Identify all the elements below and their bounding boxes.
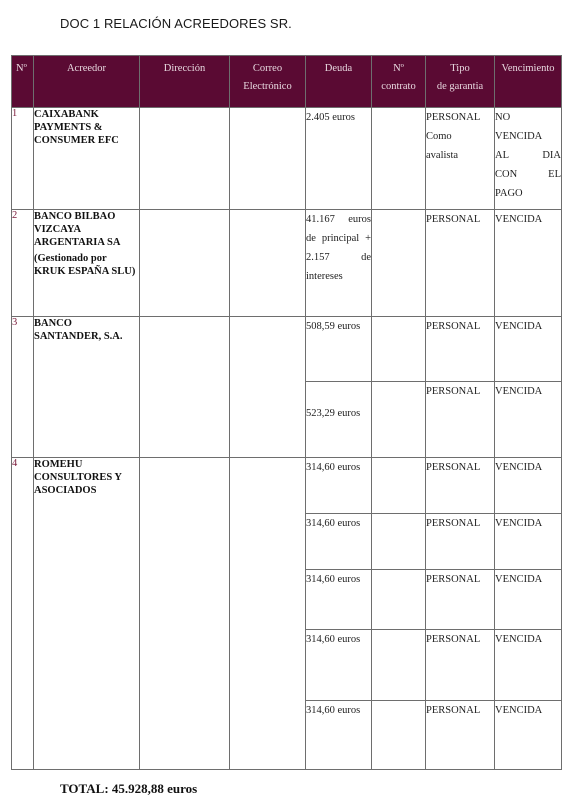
deuda-cell: 2.405 euros (306, 108, 372, 210)
deuda-cell: 314,60 euros (306, 701, 372, 770)
row-number: 4 (12, 458, 34, 770)
header-correo: CorreoElectrónico (230, 56, 306, 108)
garantia-cell: PERSONAL (426, 382, 495, 458)
deuda-cell: 508,59 euros (306, 317, 372, 382)
garantia-cell: PERSONAL (426, 514, 495, 570)
deuda-cell: 314,60 euros (306, 458, 372, 514)
vencimiento-cell: VENCIDA (495, 458, 562, 514)
direccion-cell (140, 108, 230, 210)
creditor-name: BANCO BILBAO VIZCAYA ARGENTARIA SA (34, 211, 120, 248)
row-number: 2 (12, 210, 34, 317)
direccion-cell (140, 317, 230, 458)
creditor-name-cell: BANCO SANTANDER, S.A. (34, 317, 140, 458)
garantia-cell: PERSONAL (426, 458, 495, 514)
contrato-cell (372, 108, 426, 210)
header-contrato: Nºcontrato (372, 56, 426, 108)
vencimiento-cell: VENCIDA (495, 570, 562, 630)
table-row: 3BANCO SANTANDER, S.A.508,59 eurosPERSON… (12, 317, 562, 382)
table-row: 1CAIXABANK PAYMENTS & CONSUMER EFC2.405 … (12, 108, 562, 210)
deuda-cell: 314,60 euros (306, 514, 372, 570)
table-body: 1CAIXABANK PAYMENTS & CONSUMER EFC2.405 … (12, 108, 562, 770)
contrato-cell (372, 382, 426, 458)
total-amount: TOTAL: 45.928,88 euros (60, 781, 197, 797)
contrato-cell (372, 210, 426, 317)
direccion-cell (140, 210, 230, 317)
correo-cell (230, 108, 306, 210)
creditor-name: CAIXABANK PAYMENTS & CONSUMER EFC (34, 109, 119, 146)
table-header-row: Nº Acreedor Dirección CorreoElectrónico … (12, 56, 562, 108)
table-row: 4ROMEHU CONSULTORES Y ASOCIADOS314,60 eu… (12, 458, 562, 514)
header-deuda: Deuda (306, 56, 372, 108)
vencimiento-cell: VENCIDA (495, 630, 562, 701)
deuda-cell: 314,60 euros (306, 570, 372, 630)
table-row: 2BANCO BILBAO VIZCAYA ARGENTARIA SA(Gest… (12, 210, 562, 317)
header-garantia: Tipode garantia (426, 56, 495, 108)
header-vencimiento: Vencimiento (495, 56, 562, 108)
document-title: DOC 1 RELACIÓN ACREEDORES SR. (60, 16, 292, 31)
vencimiento-cell: NOVENCIDAAL DIACON ELPAGO (495, 108, 562, 210)
correo-cell (230, 210, 306, 317)
creditors-table: Nº Acreedor Dirección CorreoElectrónico … (11, 55, 562, 770)
correo-cell (230, 458, 306, 770)
creditor-name: BANCO SANTANDER, S.A. (34, 318, 123, 342)
creditor-note: (Gestionado por KRUK ESPAÑA SLU) (34, 252, 139, 278)
header-direccion: Dirección (140, 56, 230, 108)
direccion-cell (140, 458, 230, 770)
vencimiento-cell: VENCIDA (495, 210, 562, 317)
garantia-cell: PERSONAL (426, 570, 495, 630)
creditor-name-cell: CAIXABANK PAYMENTS & CONSUMER EFC (34, 108, 140, 210)
vencimiento-cell: VENCIDA (495, 514, 562, 570)
header-num: Nº (12, 56, 34, 108)
deuda-cell: 523,29 euros (306, 382, 372, 458)
vencimiento-cell: VENCIDA (495, 701, 562, 770)
contrato-cell (372, 570, 426, 630)
garantia-cell: PERSONAL (426, 317, 495, 382)
row-number: 3 (12, 317, 34, 458)
contrato-cell (372, 701, 426, 770)
creditor-name-cell: ROMEHU CONSULTORES Y ASOCIADOS (34, 458, 140, 770)
contrato-cell (372, 514, 426, 570)
header-acreedor: Acreedor (34, 56, 140, 108)
vencimiento-cell: VENCIDA (495, 317, 562, 382)
contrato-cell (372, 317, 426, 382)
vencimiento-cell: VENCIDA (495, 382, 562, 458)
garantia-cell: PERSONAL (426, 210, 495, 317)
creditor-name-cell: BANCO BILBAO VIZCAYA ARGENTARIA SA(Gesti… (34, 210, 140, 317)
creditor-name: ROMEHU CONSULTORES Y ASOCIADOS (34, 459, 122, 496)
contrato-cell (372, 458, 426, 514)
deuda-cell: 41.167 euros de principal + 2.157 de int… (306, 210, 372, 317)
contrato-cell (372, 630, 426, 701)
garantia-cell: PERSONAL (426, 630, 495, 701)
garantia-cell: PERSONALComoavalista (426, 108, 495, 210)
deuda-cell: 314,60 euros (306, 630, 372, 701)
garantia-cell: PERSONAL (426, 701, 495, 770)
row-number: 1 (12, 108, 34, 210)
correo-cell (230, 317, 306, 458)
